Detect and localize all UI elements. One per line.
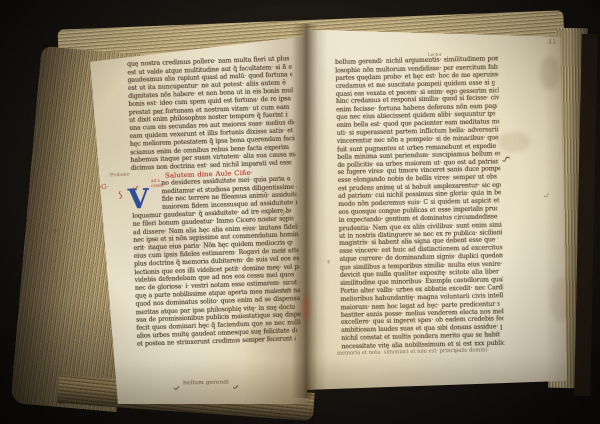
foxing-stain bbox=[498, 132, 530, 152]
rubric-prefix: aď s̃ credo· bbox=[151, 179, 165, 189]
illuminated-initial: V bbox=[127, 186, 156, 217]
margin-scribble: xxx bbox=[283, 282, 291, 289]
interlinear-gloss: Lector bbox=[428, 52, 442, 57]
margin-name-note: Probano bbox=[110, 172, 130, 178]
foxing-stain bbox=[550, 278, 576, 322]
quire-mark-top: q̃b· bbox=[50, 53, 59, 60]
folio-number: 41 bbox=[548, 38, 556, 46]
right-text-block: bellum gerendi· nichil argumentis· simil… bbox=[335, 55, 506, 351]
interlinear-note: cato bbox=[156, 110, 165, 115]
margin-scribble: xx bbox=[281, 242, 287, 249]
paraph-mark: ¶ bbox=[327, 260, 330, 266]
initial-filigree-flourish: xxx bbox=[122, 191, 128, 199]
margin-nota-flourish: xx bbox=[543, 188, 549, 195]
catchword-flourish: xx bbox=[174, 380, 179, 386]
catchword-row: xxbellum gerendixx bbox=[146, 368, 266, 389]
manuscript-photo: quę nostra credimus pollere· nam multa f… bbox=[0, 0, 600, 424]
initial-filigree-flourish: xx bbox=[133, 180, 138, 186]
catchword-flourish: xx bbox=[233, 379, 238, 385]
red-ink-smudge bbox=[302, 294, 310, 322]
margin-red-initial: ·G· bbox=[99, 183, 109, 191]
catchword: bellum gerendi bbox=[183, 380, 229, 387]
rubric-prefix-line: credo· bbox=[151, 184, 165, 189]
quire-mark-mid: q̃b ō bbox=[52, 228, 64, 235]
foxing-stain bbox=[540, 56, 560, 90]
